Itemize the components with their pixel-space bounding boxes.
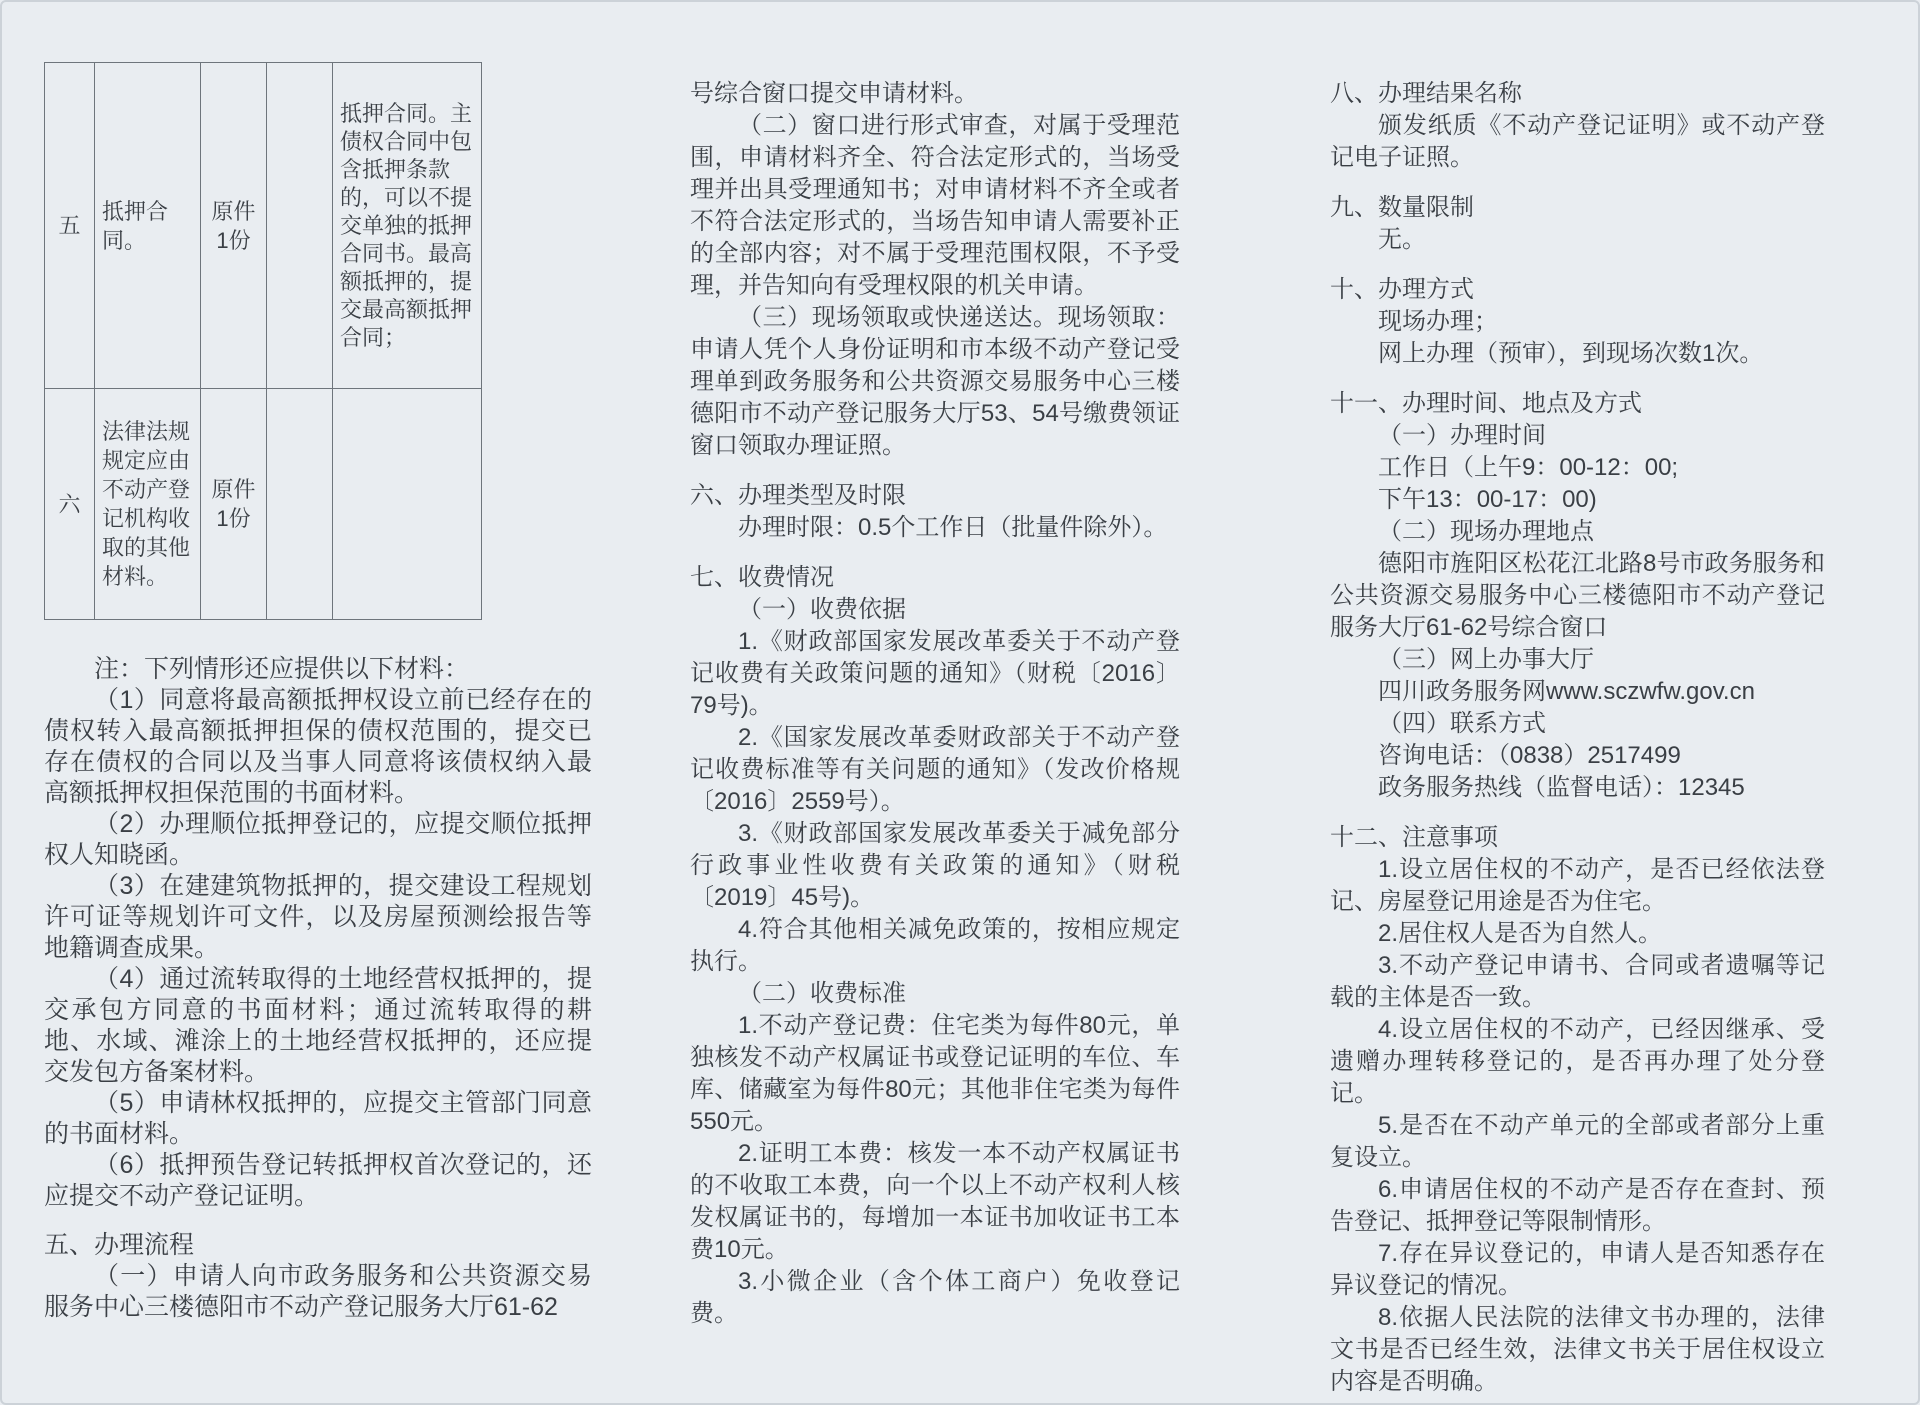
paragraph: 3.《财政部国家发展改革委关于减免部分行政事业性收费有关政策的通知》（财税〔20… <box>690 818 1180 914</box>
document-page: { "page": { "bg": "#e9edf1", "text_color… <box>0 0 1920 1405</box>
copies-cell: 原件1份 <box>201 389 267 620</box>
paragraph: （二）窗口进行形式审查，对属于受理范围，申请材料齐全、符合法定形式的，当场受理并… <box>690 110 1180 302</box>
paragraph: 无。 <box>1330 224 1825 256</box>
paragraph: 3.小微企业（含个体工商户）免收登记费。 <box>690 1266 1180 1330</box>
paragraph: 1.《财政部国家发展改革委关于不动产登记收费有关政策问题的通知》（财税〔2016… <box>690 626 1180 722</box>
paragraph: 4.设立居住权的不动产，已经因继承、受遗赠办理转移登记的，是否再办理了处分登记。 <box>1330 1014 1825 1110</box>
table-row: 六法律法规规定应由不动产登记机构收取的其他材料。原件1份 <box>45 389 482 620</box>
paragraph: （二）收费标准 <box>690 978 1180 1010</box>
paragraph: 颁发纸质《不动产登记证明》或不动产登记电子证照。 <box>1330 110 1825 174</box>
paragraph: 1.不动产登记费：住宅类为每件80元，单独核发不动产权属证书或登记证明的车位、车… <box>690 1010 1180 1138</box>
paragraph: （5）申请林权抵押的，应提交主管部门同意的书面材料。 <box>44 1088 592 1150</box>
paragraph: 6.申请居住权的不动产是否存在查封、预告登记、抵押登记等限制情形。 <box>1330 1174 1825 1238</box>
paragraph: 号综合窗口提交申请材料。 <box>690 78 1180 110</box>
left-column: 五抵押合同。原件1份抵押合同。主债权合同中包含抵押条款的，可以不提交单独的抵押合… <box>44 62 592 1323</box>
paragraph: （1）同意将最高额抵押权设立前已经存在的债权转入最高额抵押担保的债权范围的，提交… <box>44 685 592 809</box>
paragraph: 1.设立居住权的不动产，是否已经依法登记、房屋登记用途是否为住宅。 <box>1330 854 1825 918</box>
section-heading: 九、数量限制 <box>1330 192 1825 224</box>
paragraph: （一）申请人向市政务服务和公共资源交易服务中心三楼德阳市不动产登记服务大厅61-… <box>44 1261 592 1323</box>
paragraph: 注：下列情形还应提供以下材料： <box>44 654 592 685</box>
materials-table-body: 五抵押合同。原件1份抵押合同。主债权合同中包含抵押条款的，可以不提交单独的抵押合… <box>45 63 482 620</box>
paragraph: （3）在建建筑物抵押的，提交建设工程规划许可证等规划许可文件，以及房屋预测绘报告… <box>44 871 592 964</box>
paragraph: （2）办理顺位抵押登记的，应提交顺位抵押权人知晓函。 <box>44 809 592 871</box>
remark-cell: 抵押合同。主债权合同中包含抵押条款的，可以不提交单独的抵押合同书。最高额抵押的，… <box>333 63 482 389</box>
paragraph: 咨询电话：（0838）2517499 <box>1330 740 1825 772</box>
paragraph: 网上办理（预审），到现场次数1次。 <box>1330 338 1825 370</box>
paragraph: （一）收费依据 <box>690 594 1180 626</box>
section-heading: 六、办理类型及时限 <box>690 480 1180 512</box>
paragraph: 德阳市旌阳区松花江北路8号市政务服务和公共资源交易服务中心三楼德阳市不动产登记服… <box>1330 548 1825 644</box>
material-name-cell: 抵押合同。 <box>95 63 201 389</box>
blank-cell <box>267 63 333 389</box>
materials-table: 五抵押合同。原件1份抵押合同。主债权合同中包含抵押条款的，可以不提交单独的抵押合… <box>44 62 482 620</box>
remark-cell <box>333 389 482 620</box>
middle-column: 号综合窗口提交申请材料。（二）窗口进行形式审查，对属于受理范围，申请材料齐全、符… <box>690 78 1180 1330</box>
paragraph: 四川政务服务网www.sczwfw.gov.cn <box>1330 676 1825 708</box>
section-heading: 十一、办理时间、地点及方式 <box>1330 388 1825 420</box>
paragraph: （6）抵押预告登记转抵押权首次登记的，还应提交不动产登记证明。 <box>44 1150 592 1212</box>
paragraph: 2.居住权人是否为自然人。 <box>1330 918 1825 950</box>
paragraph: 办理时限：0.5个工作日（批量件除外）。 <box>690 512 1180 544</box>
paragraph: （一）办理时间 <box>1330 420 1825 452</box>
paragraph: 7.存在异议登记的，申请人是否知悉存在异议登记的情况。 <box>1330 1238 1825 1302</box>
blank-cell <box>267 389 333 620</box>
paragraph: 2.证明工本费：核发一本不动产权属证书的不收取工本费，向一个以上不动产权利人核发… <box>690 1138 1180 1266</box>
paragraph: （二）现场办理地点 <box>1330 516 1825 548</box>
paragraph: 工作日（上午9：00-12：00; <box>1330 452 1825 484</box>
section-heading: 八、办理结果名称 <box>1330 78 1825 110</box>
material-name-cell: 法律法规规定应由不动产登记机构收取的其他材料。 <box>95 389 201 620</box>
paragraph: （三）网上办事大厅 <box>1330 644 1825 676</box>
table-row: 五抵押合同。原件1份抵押合同。主债权合同中包含抵押条款的，可以不提交单独的抵押合… <box>45 63 482 389</box>
paragraph: （三）现场领取或快递送达。现场领取：申请人凭个人身份证明和市本级不动产登记受理单… <box>690 302 1180 462</box>
section-heading: 七、收费情况 <box>690 562 1180 594</box>
paragraph: 下午13：00-17：00) <box>1330 484 1825 516</box>
section-heading: 十二、注意事项 <box>1330 822 1825 854</box>
right-column: 八、办理结果名称颁发纸质《不动产登记证明》或不动产登记电子证照。九、数量限制无。… <box>1330 78 1825 1398</box>
section-heading: 十、办理方式 <box>1330 274 1825 306</box>
notes-section: 注：下列情形还应提供以下材料：（1）同意将最高额抵押权设立前已经存在的债权转入最… <box>44 654 592 1323</box>
section-heading: 五、办理流程 <box>44 1230 592 1261</box>
row-index-cell: 五 <box>45 63 95 389</box>
paragraph: 现场办理； <box>1330 306 1825 338</box>
paragraph: 8.依据人民法院的法律文书办理的，法律文书是否已经生效，法律文书关于居住权设立内… <box>1330 1302 1825 1398</box>
paragraph: （4）通过流转取得的土地经营权抵押的，提交承包方同意的书面材料；通过流转取得的耕… <box>44 964 592 1088</box>
row-index-cell: 六 <box>45 389 95 620</box>
paragraph: 3.不动产登记申请书、合同或者遗嘱等记载的主体是否一致。 <box>1330 950 1825 1014</box>
copies-cell: 原件1份 <box>201 63 267 389</box>
paragraph: 5.是否在不动产单元的全部或者部分上重复设立。 <box>1330 1110 1825 1174</box>
paragraph: 政务服务热线（监督电话）：12345 <box>1330 772 1825 804</box>
paragraph: （四）联系方式 <box>1330 708 1825 740</box>
paragraph: 4.符合其他相关减免政策的，按相应规定执行。 <box>690 914 1180 978</box>
paragraph: 2.《国家发展改革委财政部关于不动产登记收费标准等有关问题的通知》（发改价格规〔… <box>690 722 1180 818</box>
